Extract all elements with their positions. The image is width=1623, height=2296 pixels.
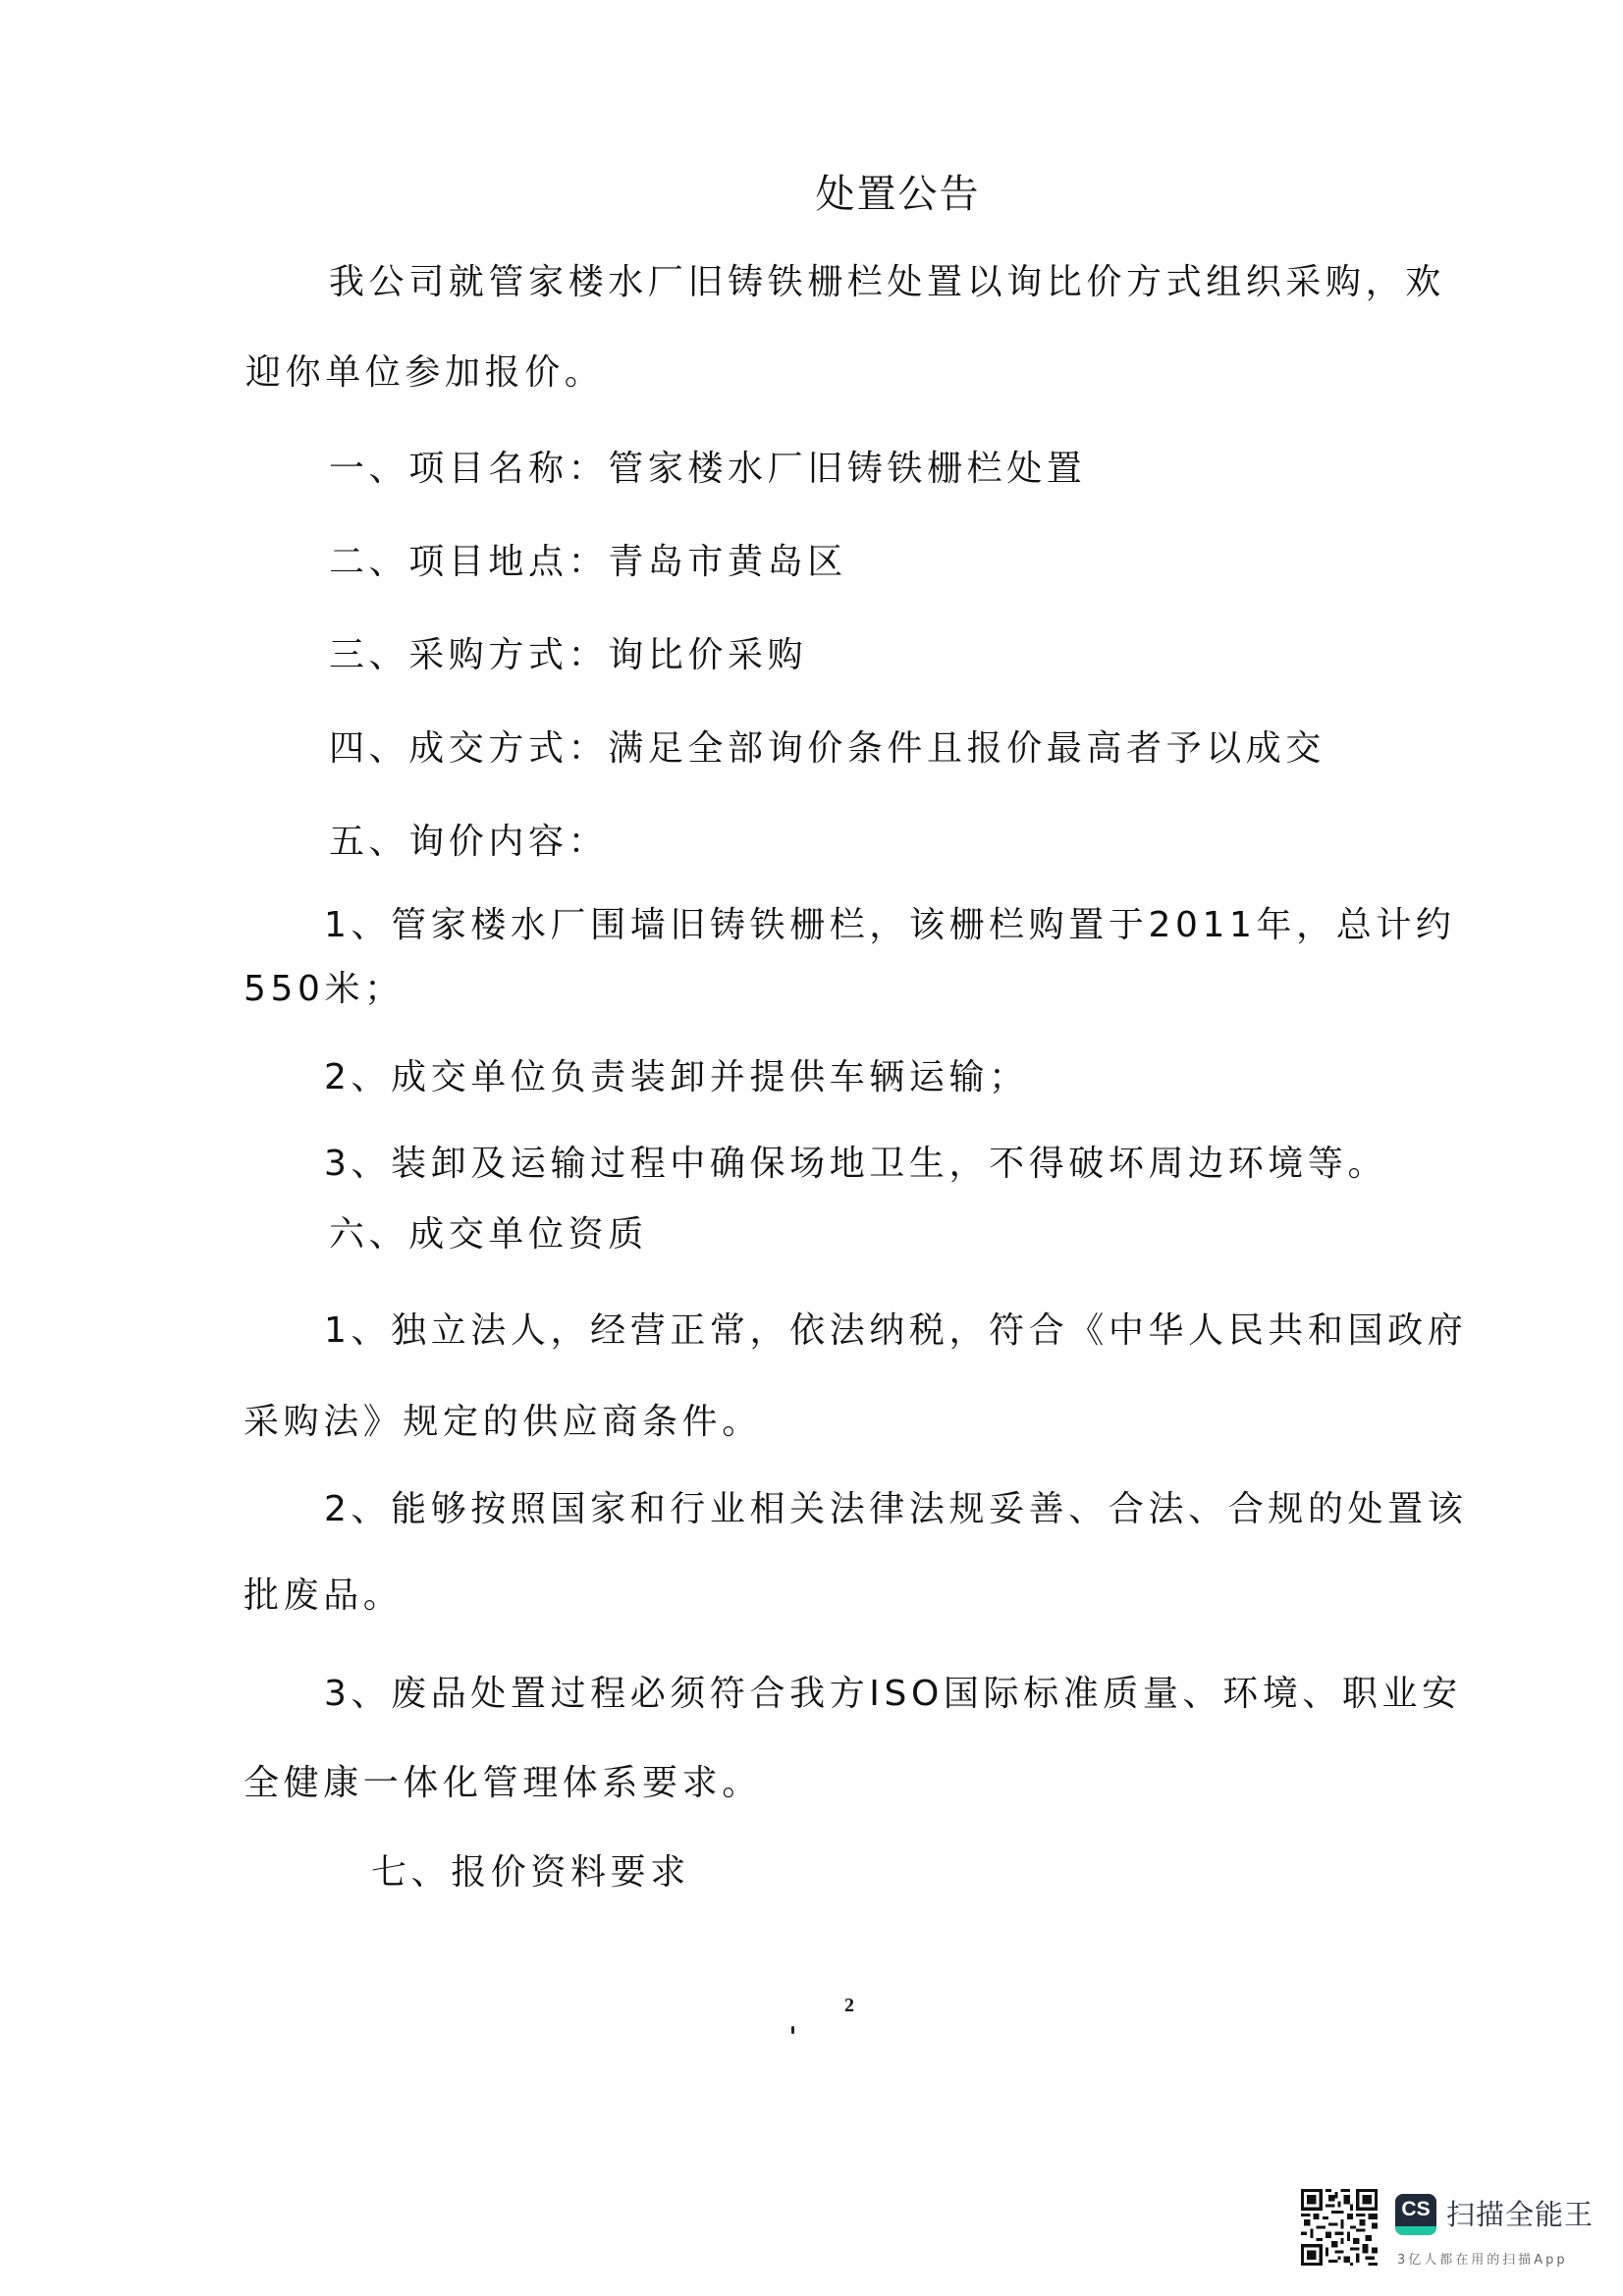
scan-artifact-mark [791,2026,794,2034]
text-line-item-5-2: 2、成交单位负责装卸并提供车辆运输； [324,1056,1029,1099]
page-number: 2 [844,1995,854,2017]
text-line-item-6-2a: 2、能够按照国家和行业相关法律法规妥善、合法、合规的处置该 [324,1488,1467,1531]
text-line-intro-1: 我公司就管家楼水厂旧铸铁栅栏处置以询比价方式组织采购，欢 [329,261,1445,304]
text-line-item-7: 七、报价资料要求 [371,1851,690,1895]
text-line-item-6-3a: 3、废品处置过程必须符合我方ISO国际标准质量、环境、职业安 [324,1673,1462,1716]
camscanner-watermark: CS 扫描全能王 3亿人都在用的扫描App [1301,2189,1596,2269]
brand-name: 扫描全能王 [1446,2195,1594,2234]
camscanner-logo-icon: CS [1395,2194,1436,2235]
text-line-item-6-3b: 全健康一体化管理体系要求。 [243,1762,762,1805]
brand-tagline: 3亿人都在用的扫描App [1397,2249,1568,2268]
text-line-intro-2: 迎你单位参加报价。 [245,351,604,395]
text-line-item-4: 四、成交方式：满足全部询价条件且报价最高者予以成交 [329,727,1325,771]
document-title: 处置公告 [0,169,1623,220]
text-line-item-6: 六、成交单位资质 [329,1213,648,1256]
text-line-item-1: 一、项目名称：管家楼水厂旧铸铁栅栏处置 [329,448,1086,491]
document-page: 处置公告 我公司就管家楼水厂旧铸铁栅栏处置以询比价方式组织采购，欢迎你单位参加报… [0,0,1623,2296]
logo-band [1395,2226,1436,2235]
text-line-item-5: 五、询价内容： [329,821,608,864]
text-line-item-5-1a: 1、管家楼水厂围墙旧铸铁栅栏，该栅栏购置于2011年，总计约 [324,904,1456,947]
text-line-item-5-1b: 550米； [243,968,405,1011]
text-line-item-6-1b: 采购法》规定的供应商条件。 [243,1401,762,1444]
text-line-item-6-1a: 1、独立法人，经营正常，依法纳税，符合《中华人民共和国政府 [324,1309,1467,1353]
qr-code-icon [1301,2189,1378,2266]
text-line-item-6-2b: 批废品。 [243,1575,403,1618]
text-line-item-2: 二、项目地点：青岛市黄岛区 [329,541,847,584]
text-line-item-3: 三、采购方式：询比价采购 [329,634,807,677]
text-line-item-5-3: 3、装卸及运输过程中确保场地卫生，不得破坏周边环境等。 [324,1143,1387,1186]
